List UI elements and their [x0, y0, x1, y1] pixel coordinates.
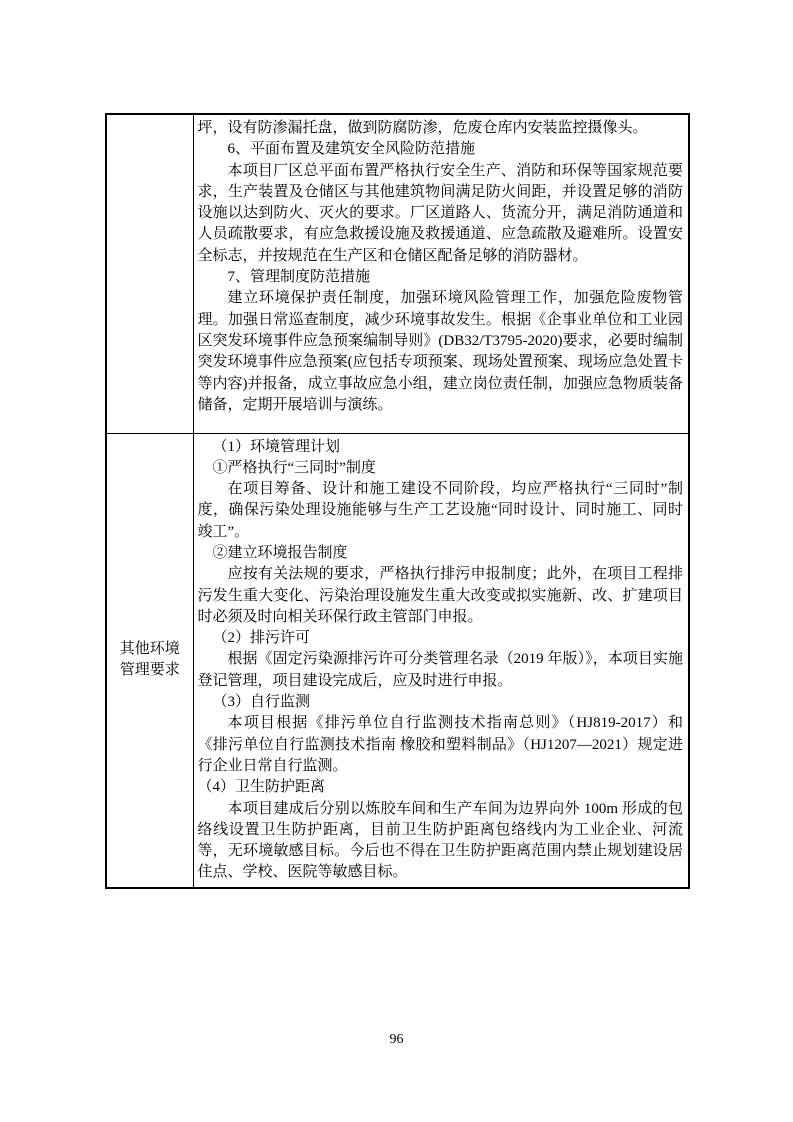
- page-number: 96: [0, 1032, 793, 1048]
- paragraph-heading: ②建立环境报告制度: [198, 543, 684, 564]
- paragraph: 本项目厂区总平面布置严格执行安全生产、消防和环保等国家规范要求，生产装置及仓储区…: [198, 161, 684, 267]
- paragraph-heading: （2）排污许可: [198, 628, 684, 649]
- row-label-line: 管理要求: [111, 660, 189, 681]
- environmental-management-table: 坪，设有防渗漏托盘，做到防腐防渗，危废仓库内安装监控摄像头。 6、平面布置及建筑…: [105, 113, 690, 889]
- paragraph-heading: 6、平面布置及建筑安全风险防范措施: [198, 139, 684, 160]
- paragraph-heading: （3）自行监测: [198, 692, 684, 713]
- paragraph-heading: （4）卫生防护距离: [198, 777, 684, 798]
- label-cell-other-env-management: 其他环境 管理要求: [106, 433, 193, 888]
- paragraph: 建立环境保护责任制度，加强环境风险管理工作，加强危险废物管理。加强日常巡查制度，…: [198, 288, 684, 416]
- table-row-other-env-management: 其他环境 管理要求 （1）环境管理计划 ①严格执行“三同时”制度 在项目筹备、设…: [106, 433, 689, 888]
- paragraph: 本项目根据《排污单位自行监测技术指南总则》（HJ819-2017）和《排污单位自…: [198, 713, 684, 777]
- row-label-line: 其他环境: [111, 639, 189, 660]
- paragraph: 坪，设有防渗漏托盘，做到防腐防渗，危废仓库内安装监控摄像头。: [198, 118, 684, 139]
- paragraph: 根据《固定污染源排污许可分类管理名录（2019 年版）》，本项目实施登记管理，项…: [198, 649, 684, 692]
- paragraph-heading: ①严格执行“三同时”制度: [198, 458, 684, 479]
- paragraph-heading: 7、管理制度防范措施: [198, 267, 684, 288]
- paragraph-heading: （1）环境管理计划: [198, 437, 684, 458]
- content-cell-risk-prevention: 坪，设有防渗漏托盘，做到防腐防渗，危废仓库内安装监控摄像头。 6、平面布置及建筑…: [193, 114, 689, 433]
- content-cell-other-env-management: （1）环境管理计划 ①严格执行“三同时”制度 在项目筹备、设计和施工建设不同阶段…: [193, 433, 689, 888]
- paragraph: 应按有关法规的要求，严格执行排污申报制度；此外，在项目工程排污发生重大变化、污染…: [198, 564, 684, 628]
- paragraph: 本项目建成后分别以炼胶车间和生产车间为边界向外 100m 形成的包络线设置卫生防…: [198, 799, 684, 884]
- paragraph: 在项目筹备、设计和施工建设不同阶段，均应严格执行“三同时”制度，确保污染处理设施…: [198, 479, 684, 543]
- document-page: 坪，设有防渗漏托盘，做到防腐防渗，危废仓库内安装监控摄像头。 6、平面布置及建筑…: [0, 0, 793, 1122]
- label-cell-empty: [106, 114, 193, 433]
- table-row-risk-prevention: 坪，设有防渗漏托盘，做到防腐防渗，危废仓库内安装监控摄像头。 6、平面布置及建筑…: [106, 114, 689, 433]
